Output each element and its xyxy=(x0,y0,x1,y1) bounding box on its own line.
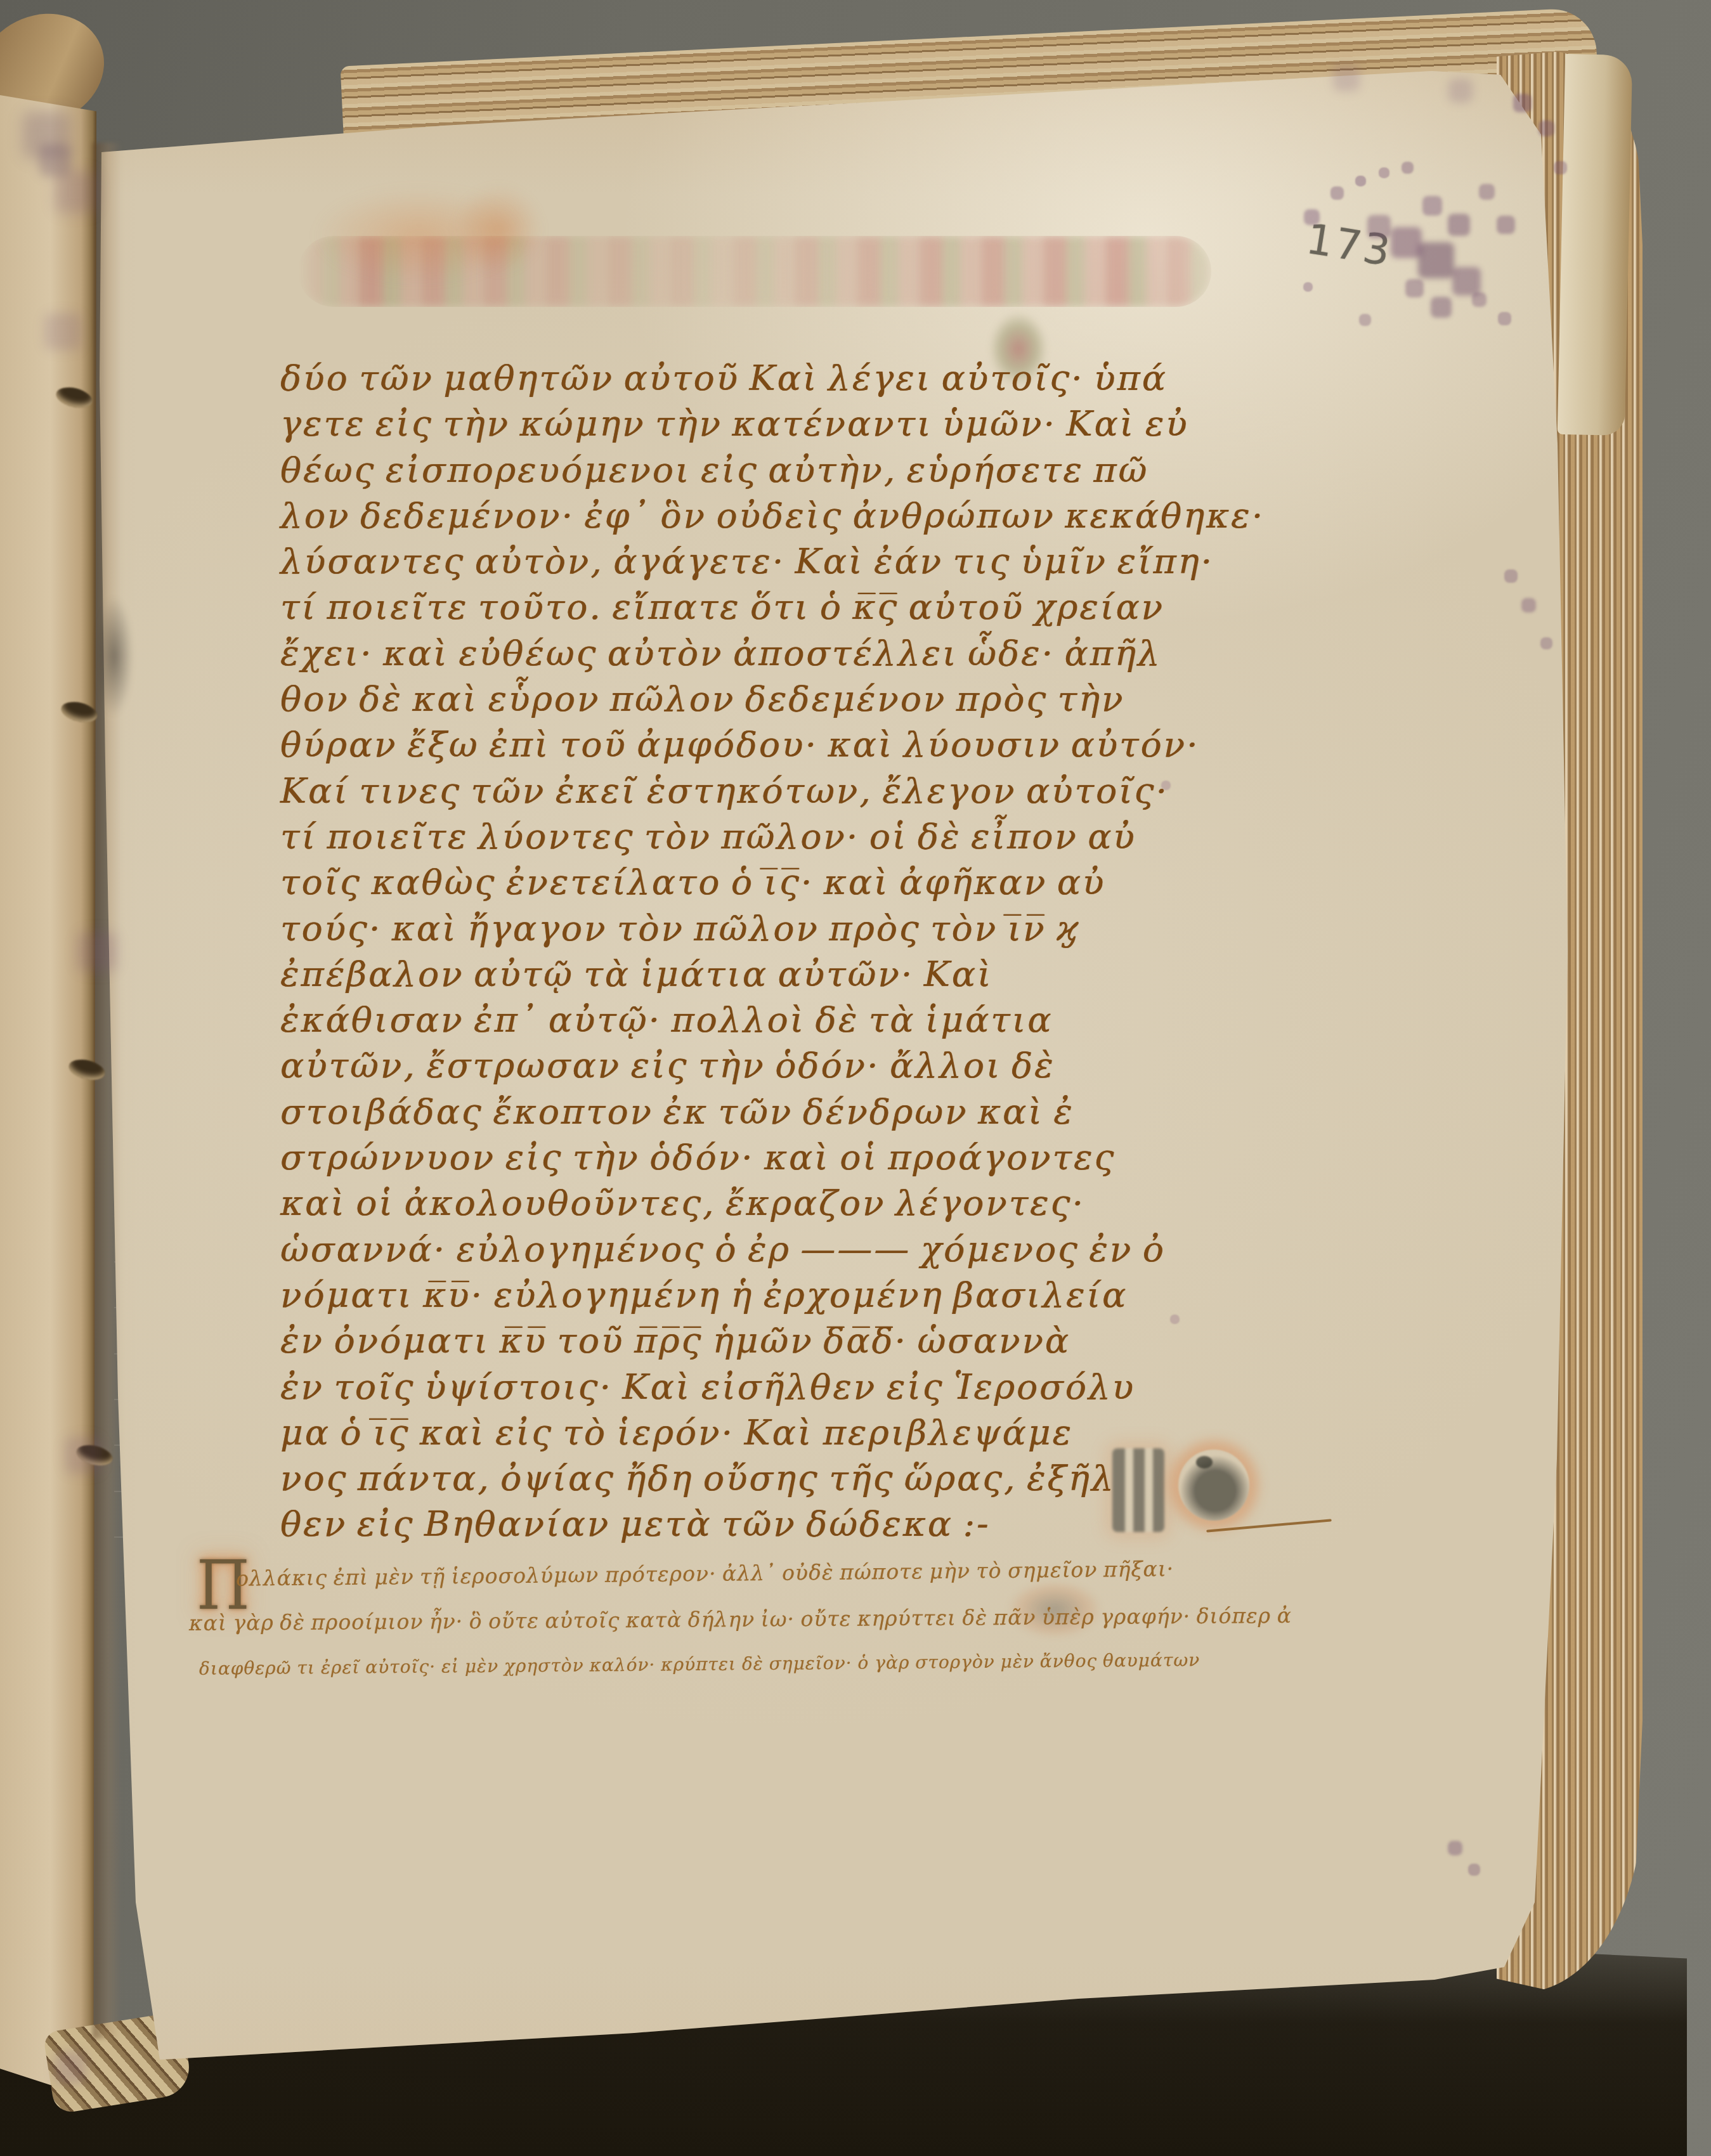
text-line: θον δὲ καὶ εὗρον πῶλον δεδεμένον πρὸς τὴ… xyxy=(280,676,1320,722)
text-line: μα ὁ ι̅ς̅ καὶ εἰς τὸ ἱερόν· Καὶ περιβλεψ… xyxy=(280,1410,1320,1455)
text-line: θύραν ἔξω ἐπὶ τοῦ ἀμφόδου· καὶ λύουσιν α… xyxy=(280,722,1320,767)
text-line: δύο τῶν μαθητῶν αὐτοῦ Καὶ λέγει αὐτοῖς· … xyxy=(280,355,1320,401)
mold-smudges xyxy=(0,0,4,4)
text-line: στοιβάδας ἔκοπτον ἐκ τῶν δένδρων καὶ ἐ xyxy=(280,1089,1320,1134)
text-line: νος πάντα, ὀψίας ἤδη οὔσης τῆς ὥρας, ἐξῆ… xyxy=(280,1455,1320,1501)
text-line: ἐν τοῖς ὑψίστοις· Καὶ εἰσῆλθεν εἰς Ἱεροσ… xyxy=(280,1364,1320,1410)
rubric-stain-halo xyxy=(454,185,543,274)
text-line: ὡσαννά· εὐλογημένος ὁ ἐρ ——— χόμενος ἐν … xyxy=(280,1226,1320,1272)
manuscript-photo: 173 δύο τῶν μαθητῶν αὐτοῦ Καὶ λέγει αὐτο… xyxy=(0,0,1711,2156)
gutter-stain xyxy=(95,596,133,717)
main-text-block: δύο τῶν μαθητῶν αὐτοῦ Καὶ λέγει αὐτοῖς· … xyxy=(280,355,1320,1547)
text-line: καὶ οἱ ἀκολουθοῦντες, ἔκραζον λέγοντες· xyxy=(280,1180,1320,1226)
text-line: λον δεδεμένον· ἐφ᾽ ὃν οὐδεὶς ἀνθρώπων κε… xyxy=(280,493,1320,538)
loose-leaf-edge xyxy=(1558,54,1633,436)
text-line: αὐτῶν, ἔστρωσαν εἰς τὴν ὁδόν· ἄλλοι δὲ xyxy=(280,1042,1320,1088)
text-line: ἐν ὀνόματι κ̅υ̅ τοῦ π̅ρ̅ς̅ ἡμῶν δ̅α̅δ̅· … xyxy=(280,1318,1320,1363)
text-line: Καί τινες τῶν ἐκεῖ ἑστηκότων, ἔλεγον αὐτ… xyxy=(280,768,1320,814)
text-line: γετε εἰς τὴν κώμην τὴν κατέναντι ὑμῶν· Κ… xyxy=(280,401,1320,446)
text-line: λύσαντες αὐτὸν, ἀγάγετε· Καὶ ἐάν τις ὑμῖ… xyxy=(280,538,1320,584)
text-line: θέως εἰσπορευόμενοι εἰς αὐτὴν, εὑρήσετε … xyxy=(280,447,1320,493)
text-line: ἐπέβαλον αὐτῷ τὰ ἱμάτια αὐτῶν· Καὶ xyxy=(280,951,1320,997)
text-line: τούς· καὶ ἤγαγον τὸν πῶλον πρὸς τὸν ι̅ν̅… xyxy=(280,906,1320,951)
text-line: νόματι κ̅υ̅· εὐλογημένη ἡ ἐρχομένη βασιλ… xyxy=(280,1272,1320,1318)
gutter-crease xyxy=(93,143,122,2039)
text-line: τί ποιεῖτε τοῦτο. εἴπατε ὅτι ὁ κ̅ς̅ αὐτο… xyxy=(280,584,1320,630)
text-line: τοῖς καθὼς ἐνετείλατο ὁ ι̅ς̅· καὶ ἀφῆκαν… xyxy=(280,859,1320,905)
text-line: τί ποιεῖτε λύοντες τὸν πῶλον· οἱ δὲ εἶπο… xyxy=(280,814,1320,859)
text-line: ἐκάθισαν ἐπ᾽ αὐτῷ· πολλοὶ δὲ τὰ ἱμάτια xyxy=(280,997,1320,1042)
text-line: θεν εἰς Βηθανίαν μετὰ τῶν δώδεκα :- xyxy=(280,1501,1320,1547)
text-line: στρώννυον εἰς τὴν ὁδόν· καὶ οἱ προάγοντε… xyxy=(280,1134,1320,1180)
text-line: ἔχει· καὶ εὐθέως αὐτὸν ἀποστέλλει ὧδε· ἀ… xyxy=(280,630,1320,676)
